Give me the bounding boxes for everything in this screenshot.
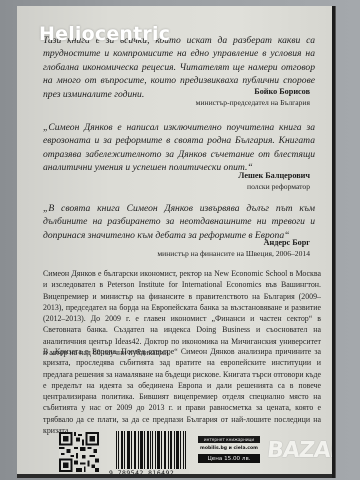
qr-code-icon — [59, 432, 99, 472]
quote-text: „В своята книга Симеон Дянков извървява … — [43, 202, 315, 242]
quote-author: Лешек Балцерович — [238, 171, 310, 180]
quote-author: Андерс Борг — [264, 238, 310, 247]
quote-author-role: министър-председател на България — [196, 98, 310, 107]
watermark-logo: Heliocentric — [39, 23, 170, 45]
book-description: В „Кризата в Европа. Поглед отвътре“ Сим… — [43, 346, 321, 436]
quote-text: „Симеон Дянков е написал изключително по… — [43, 121, 315, 175]
book-back-cover: Heliocentric Тази книга е за всички, кои… — [17, 6, 335, 478]
publisher-tag: интернет книжарници — [198, 436, 260, 443]
quote-author: Бойко Борисов — [254, 87, 310, 96]
quote-author-role: полски реформатор — [247, 182, 310, 191]
bazar-watermark: BAZAR — [266, 438, 335, 463]
quote-author-role: министър на финансите на Швеция, 2006–20… — [157, 249, 310, 258]
author-bio: Симеон Дянков е български икономист, рек… — [43, 268, 321, 358]
publisher-info: интернет книжарници mobilis.bg и ciela.c… — [198, 436, 260, 463]
publisher-url: mobilis.bg и ciela.com — [198, 446, 260, 451]
price-label: Цена 15.00 лв. — [198, 454, 260, 463]
isbn-number: 9 789542 816492 — [109, 469, 189, 477]
